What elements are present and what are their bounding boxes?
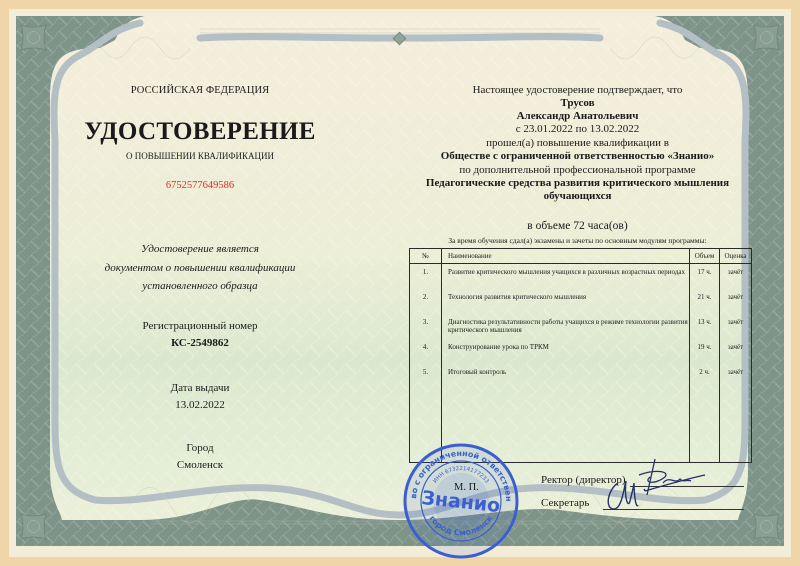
table-row: 3. Диагностика результативности работы у… [410,314,752,339]
table-row: 2. Технология развития критического мышл… [410,289,752,314]
stamp-place-label: М. П. [454,482,479,493]
country-label: РОССИЙСКАЯ ФЕДЕРАЦИЯ [80,85,320,96]
module-name: Технология развития критического мышлени… [442,289,690,314]
table-row: 4. Конструирование урока по ТРКМ 19 ч. з… [410,339,752,364]
document-title: УДОСТОВЕРЕНИЕ [60,118,340,146]
column-header-volume: Объем [690,249,720,264]
validity-note-line: документом о повышении квалификации [70,259,330,278]
document-subtitle: О ПОВЫШЕНИИ КВАЛИФИКАЦИИ [80,151,320,161]
city: Смоленск [80,459,320,471]
column-header-grade: Оценка [720,249,752,264]
holder-surname: Трусов [410,97,745,110]
training-period: с 23.01.2022 по 13.02.2022 [410,123,745,136]
validity-note: Удостоверение является документом о повы… [70,240,330,296]
module-volume: 19 ч. [690,339,720,364]
module-number: 5. [410,364,442,389]
module-volume: 2 ч. [690,364,720,389]
column-header-number: № [410,249,442,264]
table-row: 1. Развитие критического мышления учащих… [410,264,752,290]
module-volume: 13 ч. [690,314,720,339]
validity-note-line: установленного образца [70,277,330,296]
serial-number: 6752577649586 [80,180,320,191]
module-volume: 21 ч. [690,289,720,314]
program-volume: в объеме 72 часа(ов) [410,220,745,233]
module-grade: зачёт [720,314,752,339]
module-grade: зачёт [720,289,752,314]
certification-intro: Настоящее удостоверение подтверждает, чт… [410,84,745,97]
module-number: 1. [410,264,442,290]
module-volume: 17 ч. [690,264,720,290]
validity-note-line: Удостоверение является [70,240,330,259]
module-number: 3. [410,314,442,339]
registration-number: КС-2549862 [80,337,320,349]
column-header-name: Наименование [442,249,690,264]
training-statement: прошел(а) повышение квалификации в [410,137,745,150]
issue-date-label: Дата выдачи [80,382,320,394]
secretary-signature [600,475,660,520]
module-grade: зачёт [720,364,752,389]
organization-stamp: Общество с ограниченной ответственностью… [402,442,520,560]
secretary-label: Секретарь [541,497,589,509]
registration-number-label: Регистрационный номер [80,320,320,332]
module-name: Развитие критического мышления учащихся … [442,264,690,290]
module-grade: зачёт [720,339,752,364]
module-grade: зачёт [720,264,752,290]
issue-date: 13.02.2022 [80,399,320,411]
organization-name: Обществе с ограниченной ответственностью… [410,150,745,163]
table-row: 5. Итоговый контроль 2 ч. зачёт [410,364,752,389]
modules-table: № Наименование Объем Оценка 1. Развитие … [409,248,752,463]
holder-given-names: Александр Анатольевич [410,110,745,123]
table-header-row: № Наименование Объем Оценка [410,249,752,264]
module-name: Итоговый контроль [442,364,690,389]
module-number: 2. [410,289,442,314]
program-intro: по дополнительной профессиональной прогр… [410,164,745,177]
program-name: Педагогические средства развития критиче… [410,177,745,202]
city-label: Город [80,442,320,454]
module-name: Конструирование урока по ТРКМ [442,339,690,364]
exam-note: За время обучения сдал(а) экзамены и зач… [410,234,745,247]
module-name: Диагностика результативности работы учащ… [442,314,690,339]
module-number: 4. [410,339,442,364]
